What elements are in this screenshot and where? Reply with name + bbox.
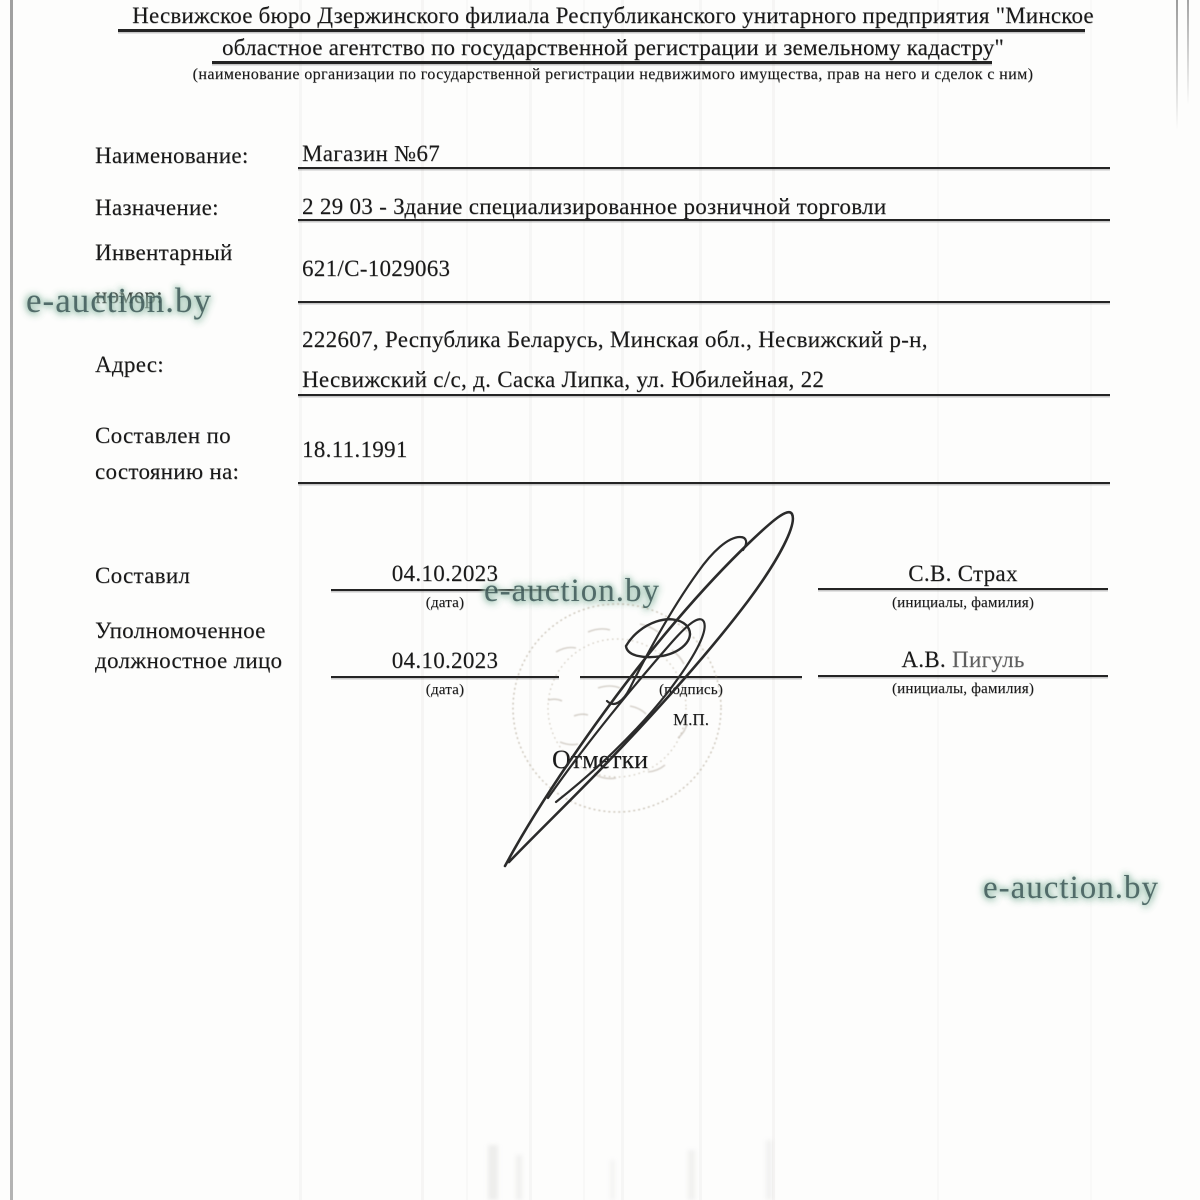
field-value-purpose: 2 29 03 - Здание специализированное розн…: [302, 194, 886, 220]
signature-line-rule: [580, 676, 802, 678]
watermark-e-auction-2: e-auction.by: [484, 573, 660, 610]
authorized-officer-person-rule: [818, 675, 1108, 677]
authorized-officer-person-initials: А.В.: [901, 647, 946, 672]
authorized-officer-label-line2: должностное лицо: [95, 648, 282, 674]
watermark-e-auction-1: e-auction.by: [26, 281, 212, 321]
field-label-asof-line1: Составлен по: [95, 423, 231, 449]
field-label-purpose: Назначение:: [95, 195, 219, 221]
compiled-by-person-rule: [818, 588, 1108, 590]
notes-heading: Отметки: [440, 745, 760, 775]
scan-smudge: [688, 1150, 695, 1200]
org-header-line1: Несвижское бюро Дзержинского филиала Рес…: [26, 3, 1200, 29]
compiled-by-person: С.В. Страх: [818, 561, 1108, 587]
scan-streak: [699, 0, 702, 1200]
watermark-e-auction-3: e-auction.by: [983, 870, 1159, 907]
field-value-name: Магазин №67: [302, 141, 440, 167]
org-header-caption: (наименование организации по государстве…: [26, 66, 1200, 84]
field-value-asof: 18.11.1991: [302, 437, 408, 463]
compiled-by-label: Составил: [95, 563, 190, 589]
scan-smudge: [766, 1140, 772, 1200]
authorized-officer-label-line1: Уполномоченное: [95, 618, 266, 644]
field-value-address-line2: Несвижский с/с, д. Саска Липка, ул. Юбил…: [302, 367, 824, 393]
field-label-address: Адрес:: [95, 352, 164, 378]
field-label-inventory-line1: Инвентарный: [95, 240, 233, 266]
authorized-officer-date: 04.10.2023: [330, 648, 560, 674]
field-rule-asof: [298, 482, 1110, 484]
field-value-inventory: 621/С-1029063: [302, 256, 450, 282]
org-header-line2: областное агентство по государственной р…: [26, 35, 1200, 61]
field-label-asof-line2: состоянию на:: [95, 459, 239, 485]
org-header-underline-1: [118, 29, 1085, 32]
scan-smudge: [488, 1145, 498, 1200]
seal-mark-label: М.П.: [580, 710, 802, 730]
round-stamp: [513, 604, 721, 812]
field-rule-name: [298, 167, 1110, 169]
page-left-edge-line: [10, 0, 13, 1200]
authorized-officer-person-surname: Пигуль: [952, 647, 1025, 672]
authorized-officer-date-rule: [331, 676, 559, 678]
authorized-officer-person: А.В. Пигуль: [818, 647, 1108, 673]
authorized-officer-person-caption: (инициалы, фамилия): [818, 681, 1108, 698]
compiled-by-person-caption: (инициалы, фамилия): [818, 595, 1108, 612]
scan-streak: [772, 0, 775, 1200]
signature-caption: (подпись): [580, 682, 802, 699]
field-label-name: Наименование:: [95, 143, 249, 169]
field-value-address-line1: 222607, Республика Беларусь, Минская обл…: [302, 327, 928, 353]
field-rule-address: [298, 394, 1110, 396]
scan-smudge: [610, 1160, 615, 1200]
field-rule-inventory: [298, 301, 1110, 303]
field-rule-purpose: [298, 219, 1110, 221]
org-header-underline-2: [212, 61, 992, 64]
authorized-officer-date-caption: (дата): [330, 682, 560, 699]
scanned-document-page: Несвижское бюро Дзержинского филиала Рес…: [0, 0, 1200, 1200]
scan-streak: [299, 0, 302, 1200]
scan-smudge: [516, 1155, 522, 1200]
